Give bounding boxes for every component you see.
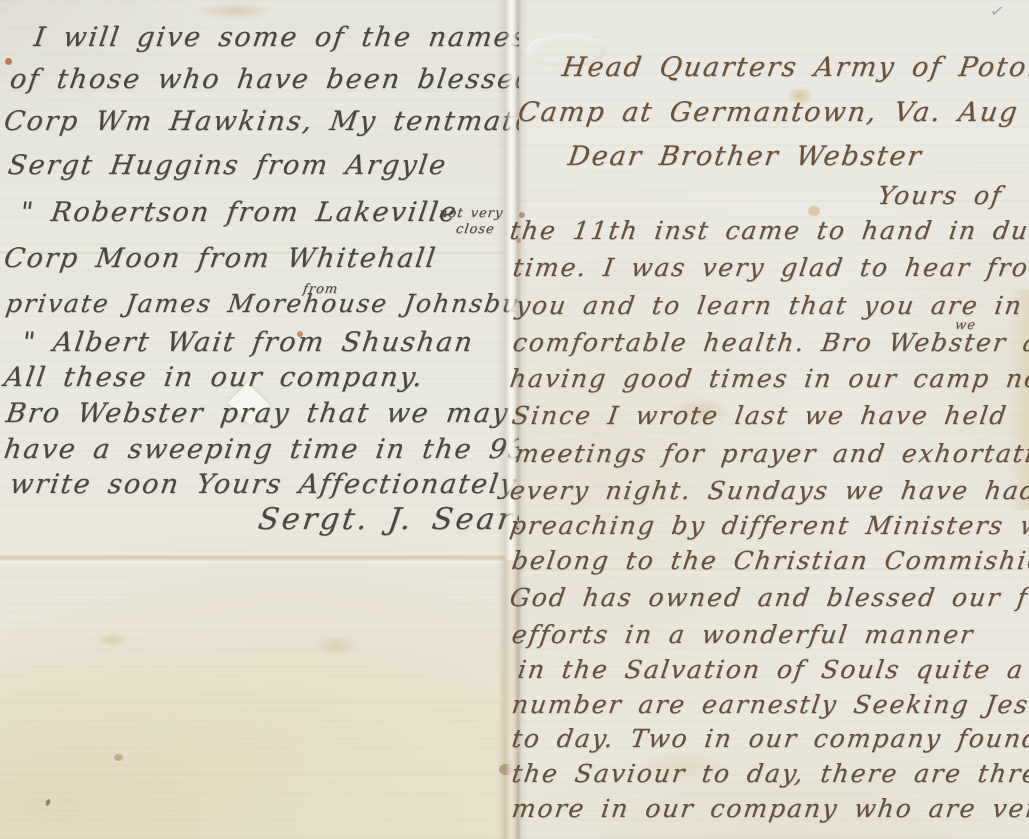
handwriting-line: time. I was very glad to hear from xyxy=(511,253,1029,282)
handwriting-line: having good times in our camp now. xyxy=(508,364,1029,393)
handwriting-line: Corp Wm Hawkins, My tentmate xyxy=(2,106,535,137)
foxing-stain xyxy=(314,636,358,656)
marginal-note: close xyxy=(455,222,496,237)
handwriting-line: of those who have been blessed xyxy=(8,64,537,95)
foxing-stain xyxy=(195,2,275,20)
handwriting-line: to day. Two in our company found xyxy=(510,724,1029,753)
handwriting-line: meetings for prayer and exhortation xyxy=(513,439,1029,468)
handwriting-line: Bro Webster pray that we may xyxy=(4,398,511,429)
foxing-stain xyxy=(98,632,128,648)
heading-line: Camp at Germantown, Va. Aug 18th 63 xyxy=(516,97,1029,128)
marginal-note: not very xyxy=(438,206,504,221)
handwriting-line: " Robertson from Lakeville xyxy=(18,197,460,228)
fold-crease-left-lower xyxy=(0,553,505,563)
handwriting-line: in the Salvation of Souls quite a xyxy=(516,655,1026,684)
handwriting-line: efforts in a wonderful manner xyxy=(510,620,976,649)
handwriting-line: comfortable health. Bro Webster are xyxy=(511,328,1029,357)
handwriting-line: Yours of xyxy=(876,181,1005,210)
foxing-stain xyxy=(5,58,12,65)
handwriting-line: private James Morehouse Johnsburgh xyxy=(4,289,573,318)
foxing-stain xyxy=(114,754,123,761)
signature: Sergt. J. Sears, xyxy=(256,502,548,537)
handwriting-line: number are earnestly Seeking Jesus xyxy=(510,690,1029,719)
handwriting-line: the 11th inst came to hand in due xyxy=(508,216,1029,245)
handwriting-line: write soon Yours Affectionately xyxy=(8,469,519,500)
salutation: Dear Brother Webster xyxy=(566,141,925,172)
handwriting-line: belong to the Christian Commishion xyxy=(510,546,1029,575)
handwriting-line: Since I wrote last we have held xyxy=(510,401,1010,430)
letter-page-left: I will give some of the names of those w… xyxy=(0,0,519,839)
handwriting-line: more in our company who are very xyxy=(510,794,1029,823)
letter-scan: I will give some of the names of those w… xyxy=(0,0,1029,839)
handwriting-line: I will give some of the names xyxy=(32,22,530,53)
handwriting-line: Corp Moon from Whitehall xyxy=(2,243,439,274)
handwriting-line: Sergt Huggins from Argyle xyxy=(6,150,449,181)
ink-speck xyxy=(45,799,51,807)
handwriting-line: All these in our company. xyxy=(2,362,426,393)
handwriting-line: " Albert Wait from Shushan xyxy=(20,327,476,358)
handwriting-line: the Saviour to day, there are three xyxy=(510,759,1029,788)
handwriting-line: you and to learn that you are in xyxy=(514,291,1025,320)
handwriting-line: every night. Sundays we have had xyxy=(508,476,1029,505)
handwriting-line: preaching by different Ministers who xyxy=(508,511,1029,540)
heading-line: Head Quarters Army of Potomac xyxy=(560,52,1029,83)
handwriting-line: God has owned and blessed our feble xyxy=(508,583,1029,612)
handwriting-line: have a sweeping time in the 93d xyxy=(2,434,549,465)
